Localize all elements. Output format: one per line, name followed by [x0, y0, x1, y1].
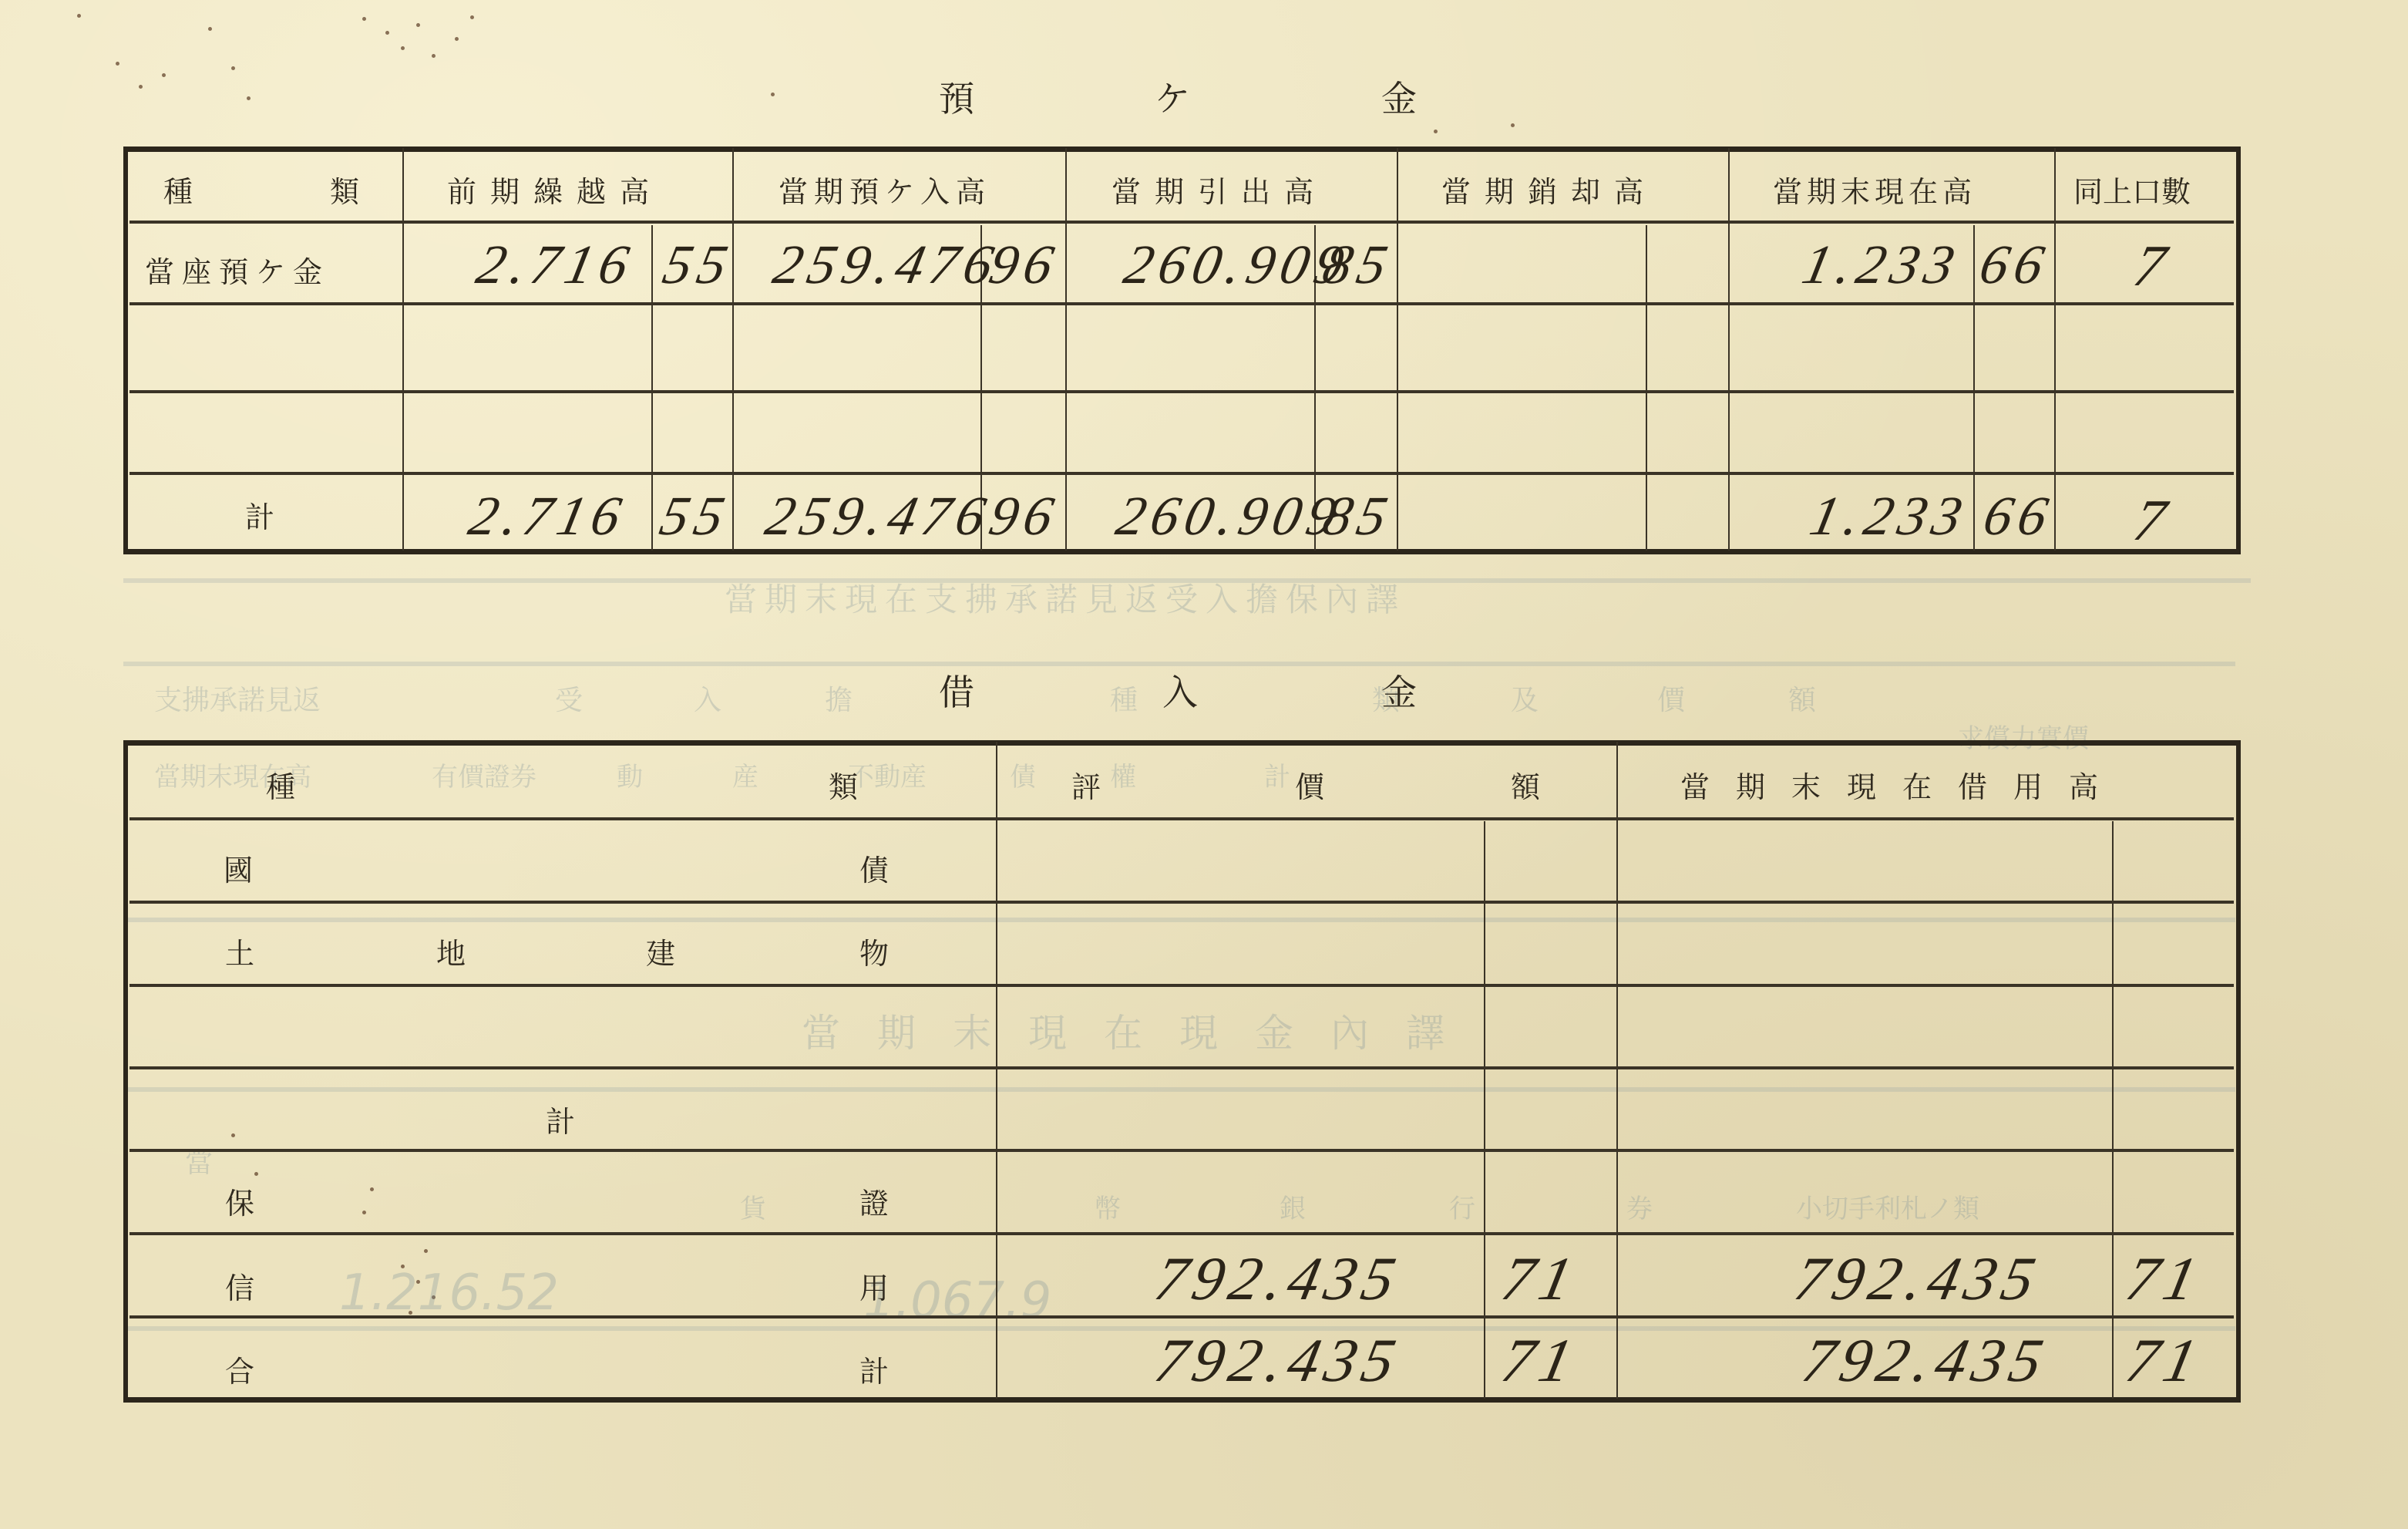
- credit-borrowed-sen: 71: [2120, 1244, 2208, 1315]
- header-written-off: 當期銷却高: [1441, 168, 1657, 210]
- deposited-yen: 259.476: [768, 233, 1005, 297]
- deposited-sen: 96: [984, 233, 1065, 297]
- total-withdrawn-sen: 85: [1317, 484, 1399, 548]
- borrowings-title-char-2: 入: [1162, 665, 1198, 716]
- ending-balance-yen: 1.233: [1797, 233, 1966, 297]
- header-deposited: 當期預ケ入高: [779, 168, 991, 210]
- grand-total-borrowed-sen: 71: [2120, 1326, 2208, 1396]
- show-through-side-label: 求償力實價: [1958, 717, 2089, 755]
- total-prev-balance-sen: 55: [654, 484, 736, 548]
- accounts-count: 7: [2128, 233, 2178, 300]
- credit-borrowed-yen: 792.435: [1788, 1244, 2046, 1315]
- borrowings-title-char-3: 金: [1381, 665, 1417, 716]
- header-prev-balance: 前期繰越高: [447, 168, 663, 210]
- credit-appraised-sen: 71: [1495, 1244, 1584, 1315]
- b-header-appraised-char-3: 額: [1511, 763, 1540, 806]
- b-header-kind-char-1: 種: [266, 763, 295, 806]
- grand-total-appraised-yen: 792.435: [1149, 1326, 1407, 1396]
- b-header-appraised-char-1: 評: [1071, 763, 1101, 806]
- prev-balance-yen: 2.716: [471, 233, 641, 297]
- withdrawn-sen: 85: [1317, 233, 1399, 297]
- credit-appraised-yen: 792.435: [1149, 1244, 1407, 1315]
- deposits-title-char-1: 預: [939, 71, 974, 122]
- total-accounts-count: 7: [2128, 487, 2178, 554]
- grand-total-borrowed-yen: 792.435: [1796, 1326, 2054, 1396]
- header-withdrawn: 當期引出高: [1112, 168, 1327, 210]
- total-label: 計: [245, 493, 274, 536]
- header-ending-balance: 當期末現在高: [1773, 168, 1976, 210]
- b-header-kind-char-2: 類: [829, 763, 858, 806]
- row-kind: 當座預ケ金: [145, 248, 330, 291]
- borrowings-title-char-1: 借: [939, 665, 974, 716]
- deposits-title-char-3: 金: [1381, 71, 1417, 122]
- total-deposited-yen: 259.476: [760, 484, 997, 548]
- total-withdrawn-yen: 260.909: [1111, 484, 1348, 548]
- show-through-row-a-label: 支拂承諾見返: [154, 679, 321, 718]
- header-accounts: 同上口數: [2073, 168, 2191, 210]
- total-deposited-sen: 96: [984, 484, 1065, 548]
- prev-balance-sen: 55: [657, 233, 739, 297]
- header-kind-char-2: 類: [330, 168, 359, 210]
- total-ending-balance-sen: 66: [1978, 484, 2060, 548]
- b-header-ending-borrowed: 當期末現在借用高: [1680, 763, 2124, 806]
- header-kind-char-1: 種: [163, 168, 193, 210]
- deposits-title-char-2: ケ: [1155, 71, 1190, 122]
- grand-total-appraised-sen: 71: [1495, 1326, 1584, 1396]
- show-through-heading-2: 當期末現在現金內譯: [802, 1002, 1481, 1058]
- total-ending-balance-yen: 1.233: [1804, 484, 1974, 548]
- total-prev-balance-yen: 2.716: [463, 484, 633, 548]
- ending-balance-sen: 66: [1974, 233, 2056, 297]
- b-header-appraised-char-2: 價: [1295, 763, 1324, 806]
